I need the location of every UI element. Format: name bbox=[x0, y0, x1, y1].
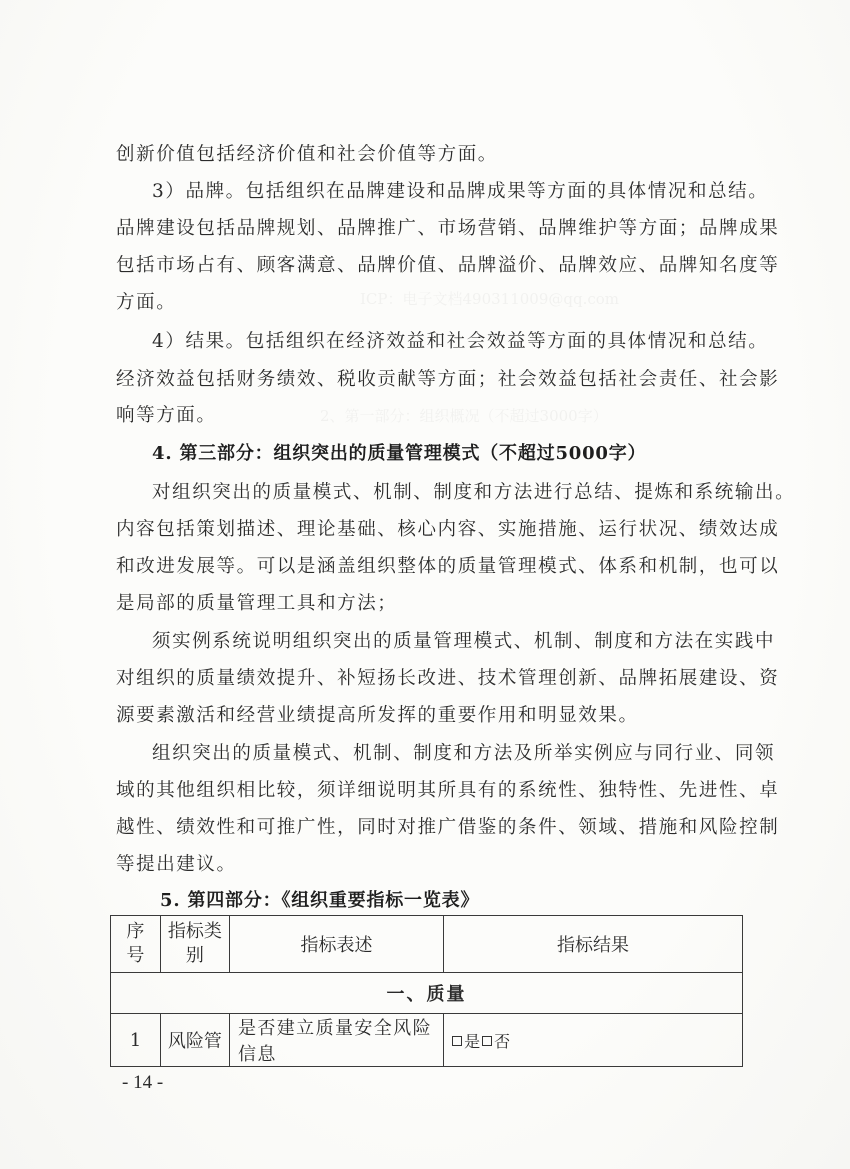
cell-description: 是否建立质量安全风险信息 bbox=[229, 1014, 443, 1067]
header-cell-description: 指标表述 bbox=[229, 916, 443, 973]
paragraph-line: 品牌建设包括品牌规划、品牌推广、市场营销、品牌维护等方面；品牌成果 bbox=[116, 217, 736, 241]
section-label-quality: 一、质量 bbox=[111, 973, 743, 1014]
paragraph-line: 等提出建议。 bbox=[116, 853, 736, 877]
checkbox-no[interactable] bbox=[482, 1036, 492, 1046]
paragraph-line: 包括市场占有、顾客满意、品牌价值、品牌溢价、品牌效应、品牌知名度等 bbox=[116, 254, 736, 278]
paragraph-line: 源要素激活和经营业绩提高所发挥的重要作用和明显效果。 bbox=[116, 704, 736, 728]
paragraph-line: 内容包括策划描述、理论基础、核心内容、实施措施、运行状况、绩效达成 bbox=[116, 518, 736, 542]
paragraph-line: 是局部的质量管理工具和方法； bbox=[116, 592, 736, 616]
option-yes-label: 是 bbox=[464, 1032, 480, 1051]
paragraph-line: 方面。 bbox=[116, 291, 736, 315]
paragraph-line: 组织突出的质量模式、机制、制度和方法及所举实例应与同行业、同领 bbox=[152, 742, 772, 766]
paragraph-line: 须实例系统说明组织突出的质量管理模式、机制、制度和方法在实践中 bbox=[152, 630, 772, 654]
option-no-label: 否 bbox=[494, 1032, 510, 1051]
header-cell-category: 指标类 别 bbox=[160, 916, 229, 973]
cell-result: 是否 bbox=[444, 1014, 743, 1067]
paragraph-line: 4）结果。包括组织在经济效益和社会效益等方面的具体情况和总结。 bbox=[152, 330, 772, 354]
paragraph-line: 越性、绩效性和可推广性，同时对推广借鉴的条件、领域、措施和风险控制 bbox=[116, 816, 736, 840]
section-heading-5: 5. 第四部分：《组织重要指标一览表》 bbox=[160, 889, 780, 913]
header-cell-no: 序 号 bbox=[111, 916, 161, 973]
paragraph-line: 3）品牌。包括组织在品牌建设和品牌成果等方面的具体情况和总结。 bbox=[152, 180, 772, 204]
indicators-table: 序 号 指标类 别 指标表述 指标结果 一、质量 1 风险管 是否建立质量安全风… bbox=[110, 915, 743, 1067]
table-header-row: 序 号 指标类 别 指标表述 指标结果 bbox=[111, 916, 743, 973]
paragraph-line: 响等方面。 bbox=[116, 404, 736, 428]
paragraph-line: 对组织突出的质量模式、机制、制度和方法进行总结、提炼和系统输出。 bbox=[152, 481, 772, 505]
paragraph-line: 和改进发展等。可以是涵盖组织整体的质量管理模式、体系和机制，也可以 bbox=[116, 555, 736, 579]
page-number: - 14 - bbox=[122, 1072, 163, 1094]
paragraph-line: 创新价值包括经济价值和社会价值等方面。 bbox=[116, 143, 736, 167]
document-page: 2、第一部分：组织概况（不超过3000字） ICP：电子文档490311009@… bbox=[0, 0, 850, 1169]
section-heading-4: 4. 第三部分：组织突出的质量管理模式（不超过5000字） bbox=[152, 442, 772, 466]
cell-no: 1 bbox=[111, 1014, 161, 1067]
paragraph-line: 经济效益包括财务绩效、税收贡献等方面；社会效益包括社会责任、社会影 bbox=[116, 368, 736, 392]
checkbox-yes[interactable] bbox=[452, 1036, 462, 1046]
table-section-row: 一、质量 bbox=[111, 973, 743, 1014]
header-cell-result: 指标结果 bbox=[444, 916, 743, 973]
cell-category: 风险管 bbox=[160, 1014, 229, 1067]
paragraph-line: 域的其他组织相比较，须详细说明其所具有的系统性、独特性、先进性、卓 bbox=[116, 779, 736, 803]
paragraph-line: 对组织的质量绩效提升、补短扬长改进、技术管理创新、品牌拓展建设、资 bbox=[116, 667, 736, 691]
table-row: 1 风险管 是否建立质量安全风险信息 是否 bbox=[111, 1014, 743, 1067]
